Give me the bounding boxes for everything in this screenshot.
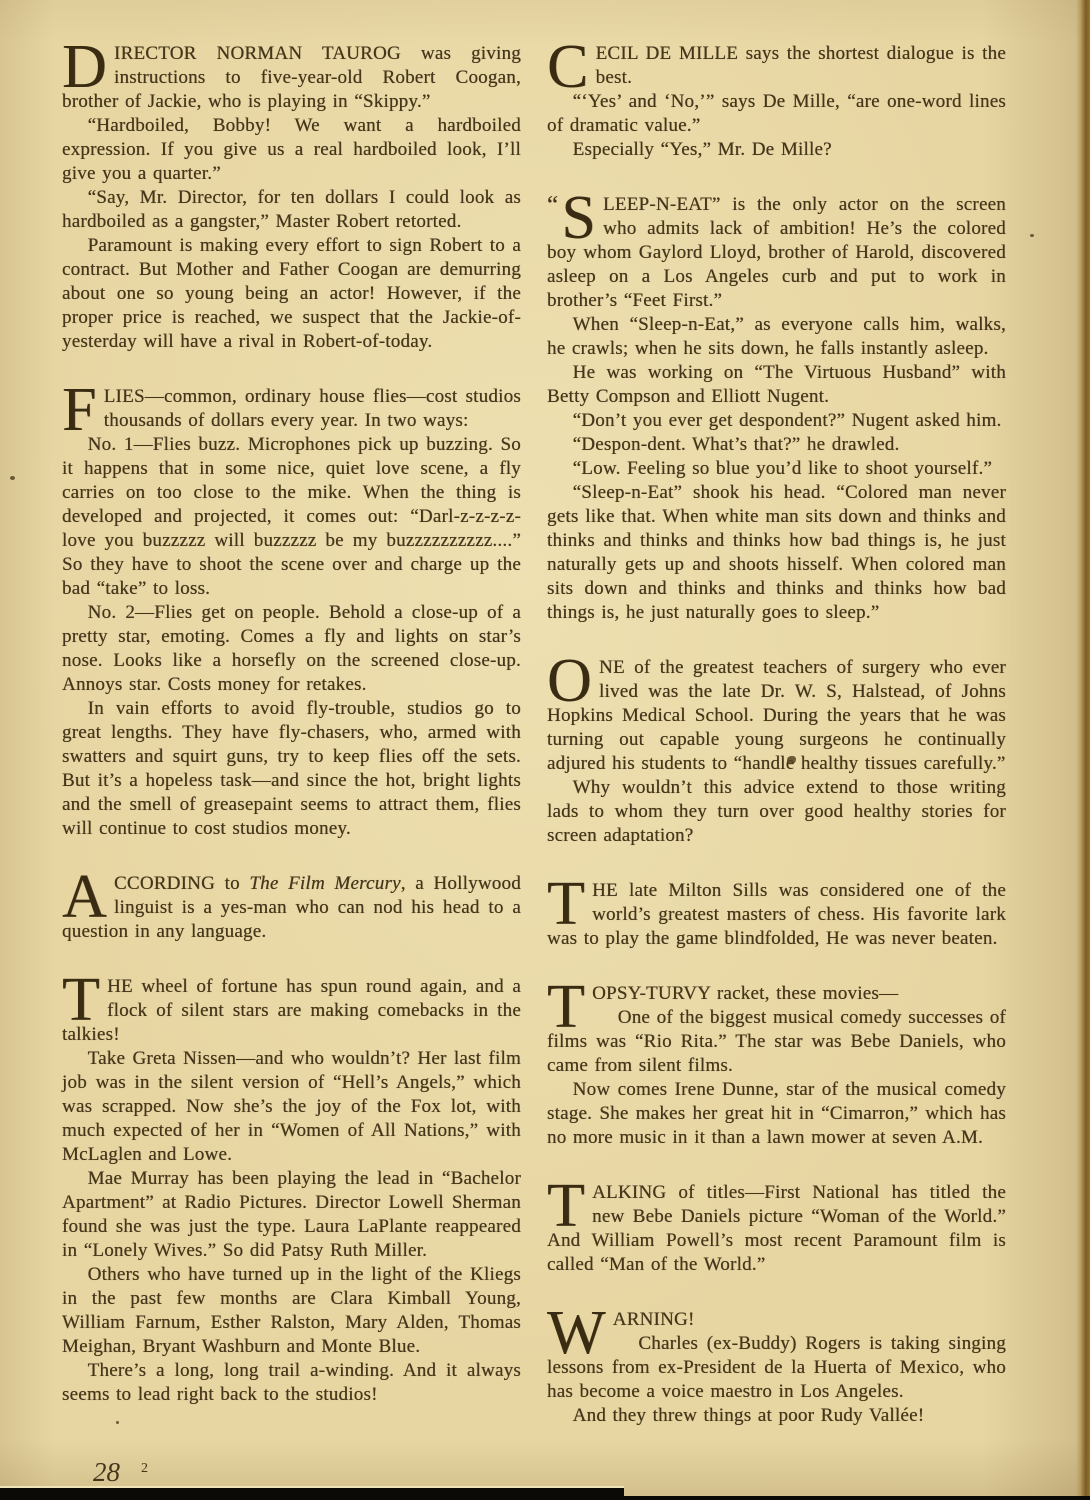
paragraph: Mae Murray has been playing the lead in … [62,1167,521,1263]
article-lead-paragraph: ONE of the greatest teachers of surgery … [547,656,1006,776]
article-norman-taurog: DIRECTOR NORMAN TAUROG was giving instru… [62,42,521,354]
article-lead-paragraph: DIRECTOR NORMAN TAUROG was giving instru… [62,42,521,114]
paper-speck [116,1421,119,1424]
paper-speck [10,476,15,480]
opening-quote-mark: “ [547,193,558,219]
paragraph: When “Sleep-n-Eat,” as everyone calls hi… [547,313,1006,361]
article-lead-paragraph: CECIL DE MILLE says the shortest dialogu… [547,42,1006,90]
article-milton-sills-chess: THE late Milton Sills was considered one… [547,879,1006,951]
article-cecil-de-mille: CECIL DE MILLE says the shortest dialogu… [547,42,1006,162]
article-lead-paragraph: THE late Milton Sills was considered one… [547,879,1006,951]
article-lead-paragraph: ACCORDING to The Film Mercury, a Hollywo… [62,872,521,944]
article-lead-paragraph: “SLEEP-N-EAT” is the only actor on the s… [547,193,1006,313]
article-lead-paragraph: TOPSY-TURVY racket, these movies—One of … [547,982,1006,1078]
paragraph: No. 2—Flies get on people. Behold a clos… [62,601,521,697]
article-lead-paragraph: THE wheel of fortune has spun round agai… [62,975,521,1047]
article-film-mercury-linguist: ACCORDING to The Film Mercury, a Hollywo… [62,872,521,944]
right-column: CECIL DE MILLE says the shortest dialogu… [547,42,1006,1428]
paragraph: “Hardboiled, Bobby! We want a hardboiled… [62,114,521,186]
paragraph: He was working on “The Virtuous Husband”… [547,361,1006,409]
article-flies: FLIES—common, ordinary house flies—cost … [62,385,521,841]
paragraph: “Say, Mr. Director, for ten dollars I co… [62,186,521,234]
drop-cap-letter: O [547,658,592,704]
paragraph: Paramount is making every effort to sign… [62,234,521,354]
paragraph: In vain efforts to avoid fly-trouble, st… [62,697,521,841]
article-talking-of-titles: TALKING of titles—First National has tit… [547,1181,1006,1277]
article-lead-paragraph: TALKING of titles—First National has tit… [547,1181,1006,1277]
article-halstead-surgery: ONE of the greatest teachers of surgery … [547,656,1006,848]
page-content: DIRECTOR NORMAN TAUROG was giving instru… [62,42,1006,1428]
page-edge-shadow [1076,0,1090,1500]
article-sleep-n-eat: “SLEEP-N-EAT” is the only actor on the s… [547,193,1006,625]
drop-cap-letter: A [62,874,107,920]
magazine-page: DIRECTOR NORMAN TAUROG was giving instru… [0,0,1090,1500]
paragraph: Now comes Irene Dunne, star of the music… [547,1078,1006,1150]
article-wheel-of-fortune: THE wheel of fortune has spun round agai… [62,975,521,1407]
drop-cap-letter: F [62,387,97,433]
drop-cap-letter: T [62,977,100,1023]
drop-cap-letter: T [547,881,585,927]
paragraph: “Low. Feeling so blue you’d like to shoo… [547,457,1006,481]
drop-cap-letter: T [547,984,585,1030]
paragraph: Take Greta Nissen—and who wouldn’t? Her … [62,1047,521,1167]
signature-mark: 2 [141,1461,148,1476]
paragraph: “‘Yes’ and ‘No,’” says De Mille, “are on… [547,90,1006,138]
drop-cap-letter: W [547,1310,606,1356]
article-warning-rogers: WARNING!Charles (ex-Buddy) Rogers is tak… [547,1308,1006,1428]
article-lead-paragraph: WARNING!Charles (ex-Buddy) Rogers is tak… [547,1308,1006,1404]
paragraph: No. 1—Flies buzz. Microphones pick up bu… [62,433,521,601]
page-footer: 282 [93,1454,148,1487]
paragraph: “Despon-dent. What’s that?” he drawled. [547,433,1006,457]
paragraph: There’s a long, long trail a-winding. An… [62,1359,521,1407]
paragraph: “Sleep-n-Eat” shook his head. “Colored m… [547,481,1006,625]
drop-cap-letter: C [547,44,589,90]
paragraph: Why wouldn’t this advice extend to those… [547,776,1006,848]
page-number: 28 [93,1457,120,1487]
paper-speck [1030,234,1034,237]
article-topsy-turvy: TOPSY-TURVY racket, these movies—One of … [547,982,1006,1150]
article-lead-paragraph: FLIES—common, ordinary house flies—cost … [62,385,521,433]
paragraph: Others who have turned up in the light o… [62,1263,521,1359]
paragraph: “Don’t you ever get despondent?” Nugent … [547,409,1006,433]
paragraph: Especially “Yes,” Mr. De Mille? [547,138,1006,162]
drop-cap-letter: D [62,44,107,90]
drop-cap-letter: T [547,1183,585,1229]
paragraph: And they threw things at poor Rudy Vallé… [547,1404,1006,1428]
scan-edge-bottom [0,1496,1090,1500]
drop-cap-letter: S [561,195,596,241]
left-column: DIRECTOR NORMAN TAUROG was giving instru… [62,42,521,1428]
